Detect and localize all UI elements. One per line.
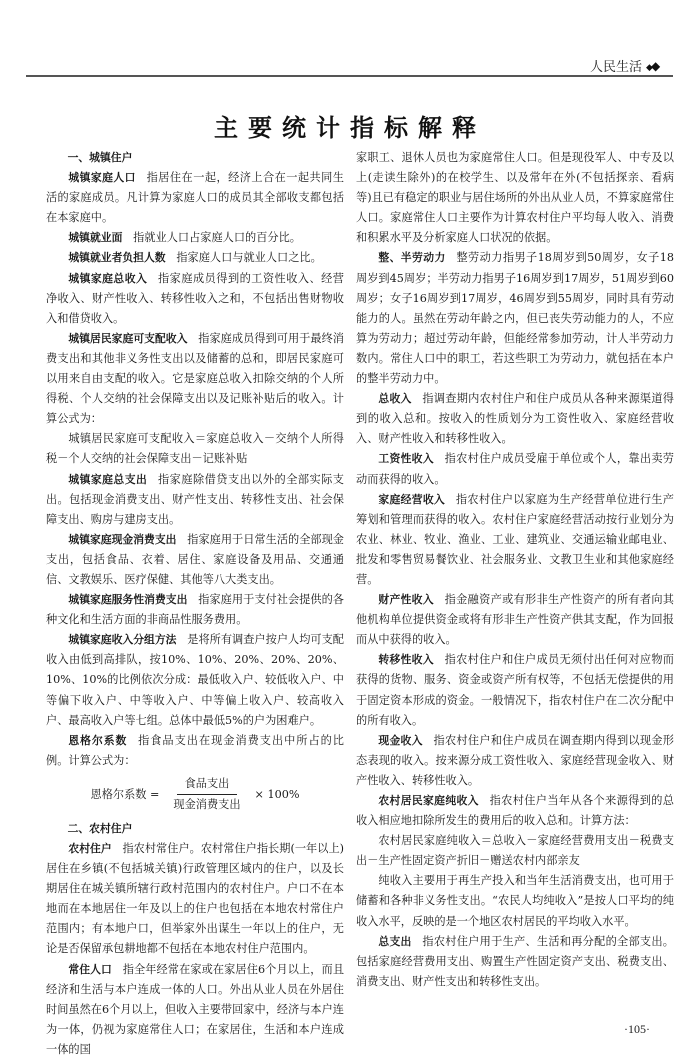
term: 家庭经营收入	[378, 493, 445, 506]
continuation-paragraph: 家职工、退休人员也为家庭常住人口。但是现役军人、中专及以上(走读生除外)的在校学…	[356, 148, 674, 248]
term: 城镇居民家庭可支配收入	[68, 332, 187, 345]
definition-paragraph: 农村居民家庭纯收入指农村住户当年从各个来源得到的总收入相应地扣除所发生的费用后的…	[356, 791, 674, 831]
page-number: ·105·	[624, 1022, 650, 1037]
term: 城镇家庭总收入	[68, 272, 147, 285]
section-label: 人民生活	[590, 56, 642, 75]
term: 城镇家庭人口	[68, 171, 135, 184]
engel-formula: 恩格尔系数 = 食品支出 现金消费支出 × 100%	[46, 775, 344, 815]
term: 城镇家庭总支出	[68, 473, 147, 486]
term: 农村居民家庭纯收入	[378, 794, 478, 807]
term: 城镇就业面	[68, 231, 122, 244]
term: 城镇就业者负担人数	[68, 251, 165, 264]
formula-denominator: 现金消费支出	[165, 795, 248, 814]
term: 城镇家庭现金消费支出	[68, 533, 176, 546]
right-column: 家职工、退休人员也为家庭常住人口。但是现役军人、中专及以上(走读生除外)的在校学…	[356, 148, 674, 992]
term: 总收入	[378, 392, 411, 405]
definition-paragraph: 城镇家庭服务性消费支出指家庭用于支付社会提供的各种文化和生活方面的非商品性服务费…	[46, 590, 344, 630]
section-heading-urban: 一、城镇住户	[46, 148, 344, 168]
definition-paragraph: 工资性收入指农村住户成员受雇于单位或个人，靠出卖劳动而获得的收入。	[356, 449, 674, 489]
left-column: 一、城镇住户 城镇家庭人口指居住在一起，经济上合在一起共同生活的家庭成员。凡计算…	[46, 148, 344, 1060]
definition-paragraph: 整、半劳动力整劳动力指男子18周岁到50周岁，女子18周岁到45周岁；半劳动力指…	[356, 248, 674, 389]
formula-paragraph: 农村居民家庭纯收入＝总收入－家庭经营费用支出－税费支出－生产性固定资产折旧－赠送…	[356, 831, 674, 871]
running-header: 人民生活 ◆◆	[590, 56, 658, 75]
term: 常住人口	[68, 963, 112, 976]
diamond-icon: ◆◆	[646, 59, 658, 73]
term: 现金收入	[378, 734, 422, 747]
definition-paragraph: 恩格尔系数指食品支出在现金消费支出中所占的比例。计算公式为：	[46, 731, 344, 771]
formula-paragraph: 城镇居民家庭可支配收入＝家庭总收入－交纳个人所得税－个人交纳的社会保障支出－记账…	[46, 429, 344, 469]
term: 转移性收入	[378, 653, 433, 666]
header-rule	[26, 75, 673, 77]
definition-paragraph: 转移性收入指农村住户和住户成员无须付出任何对应物而获得的货物、服务、资金或资产所…	[356, 650, 674, 730]
term: 工资性收入	[378, 452, 433, 465]
definition-paragraph: 城镇就业面指就业人口占家庭人口的百分比。	[46, 228, 344, 248]
section-heading-rural: 二、农村住户	[46, 819, 344, 839]
definition-paragraph: 城镇家庭现金消费支出指家庭用于日常生活的全部现金支出，包括食品、衣着、居住、家庭…	[46, 530, 344, 590]
definition-paragraph: 城镇家庭人口指居住在一起，经济上合在一起共同生活的家庭成员。凡计算为家庭人口的成…	[46, 168, 344, 228]
formula-fraction: 食品支出 现金消费支出	[165, 775, 248, 814]
formula-multiplier: × 100%	[255, 785, 300, 805]
definition-paragraph: 总收入指调查期内农村住户和住户成员从各种来源渠道得到的收入总和。按收入的性质划分…	[356, 389, 674, 449]
definition-paragraph: 城镇家庭总支出指家庭除借贷支出以外的全部实际支出。包括现金消费支出、财产性支出、…	[46, 470, 344, 530]
term: 总支出	[378, 935, 411, 948]
body-paragraph: 纯收入主要用于再生产投入和当年生活消费支出，也可用于储蓄和各种非义务性支出。“农…	[356, 871, 674, 931]
definition-paragraph: 财产性收入指金融资产或有形非生产性资产的所有者向其他机构单位提供资金或将有形非生…	[356, 590, 674, 650]
definition-paragraph: 城镇家庭收入分组方法是将所有调查户按户人均可支配收入由低到高排队，按10%、10…	[46, 630, 344, 730]
definition-paragraph: 城镇居民家庭可支配收入指家庭成员得到可用于最终消费支出和其他非义务性支出以及储蓄…	[46, 329, 344, 429]
definition-paragraph: 城镇家庭总收入指家庭成员得到的工资性收入、经营净收入、财产性收入、转移性收入之和…	[46, 269, 344, 329]
definition-paragraph: 家庭经营收入指农村住户以家庭为生产经营单位进行生产筹划和管理而获得的收入。农村住…	[356, 490, 674, 590]
term: 城镇家庭收入分组方法	[68, 633, 176, 646]
term: 整、半劳动力	[378, 251, 445, 264]
term: 城镇家庭服务性消费支出	[68, 593, 187, 606]
formula-lhs: 恩格尔系数 =	[91, 785, 160, 805]
definition-paragraph: 城镇就业者负担人数指家庭人口与就业人口之比。	[46, 248, 344, 268]
definition-paragraph: 总支出指农村住户用于生产、生活和再分配的全部支出。包括家庭经营费用支出、购置生产…	[356, 932, 674, 992]
page-title: 主要统计指标解释	[0, 108, 700, 143]
definition-paragraph: 农村住户指农村常住户。农村常住户指长期(一年以上)居住在乡镇(不包括城关镇)行政…	[46, 839, 344, 960]
definition-paragraph: 常住人口指全年经常在家或在家居住6个月以上，而且经济和生活与本户连成一体的人口。…	[46, 960, 344, 1060]
definition-paragraph: 现金收入指农村住户和住户成员在调查期内得到以现金形态表现的收入。按来源分成工资性…	[356, 731, 674, 791]
term: 财产性收入	[378, 593, 433, 606]
term: 恩格尔系数	[68, 734, 127, 747]
term: 农村住户	[68, 842, 111, 855]
formula-numerator: 食品支出	[177, 775, 238, 795]
